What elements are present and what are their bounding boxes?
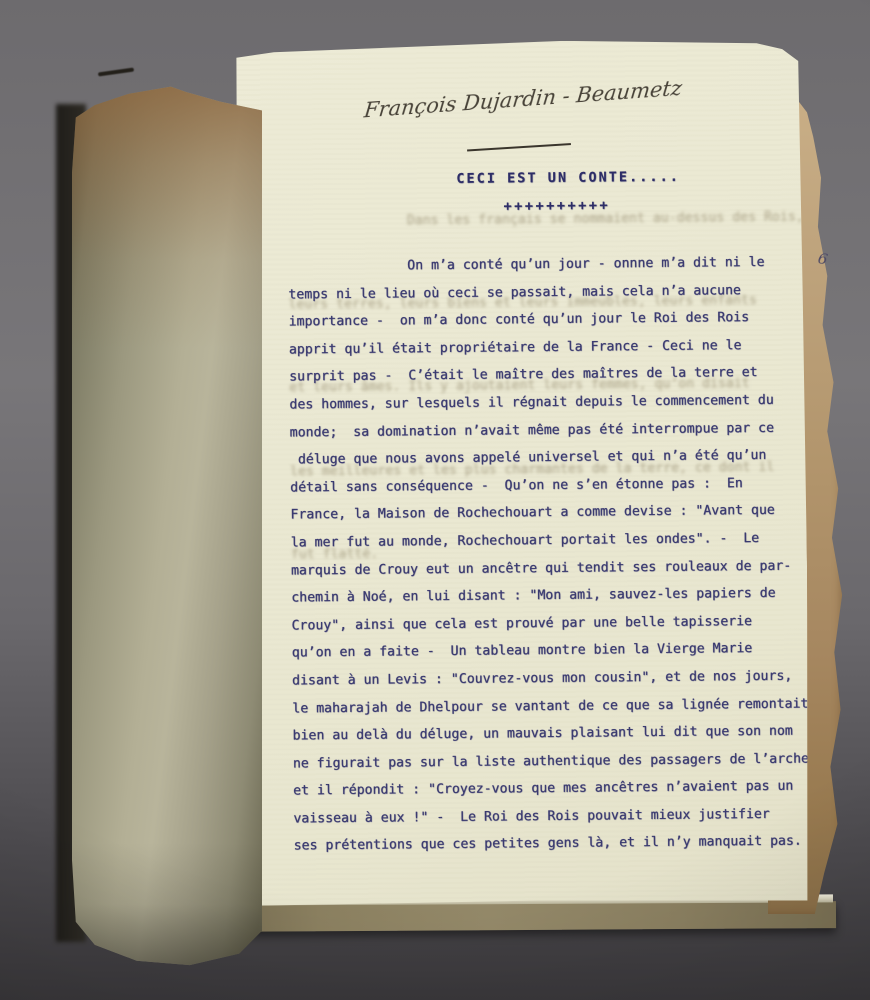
curled-cover-page [72,84,262,966]
typed-line: la mer fut au monde, Rochechouart portai… [291,524,807,557]
handwritten-author-name: François Dujardin - Beaumetz [361,76,675,144]
cover-board-edge [206,901,836,932]
typed-body: On m’a conté qu’un jour - onnne m’a dit … [288,249,810,861]
photo-of-manuscript: { "palette": { "background_gray": "#6d6b… [0,0,870,1000]
typed-line: ses prétentions que ces petites gens là,… [294,828,810,861]
typed-line: On m’a conté qu’un jour - onnne m’a dit … [288,249,804,282]
ornament-row: ++++++++++ [504,198,611,214]
typed-line: des hommes, sur lesquels il régnait depu… [289,387,805,420]
pen-mark [98,68,134,77]
handwritten-margin-mark: 6 [816,249,829,269]
typed-line: disant à un Levis : "Couvrez-vous mon co… [292,662,808,695]
typed-manuscript-page: Dans les français se nommaient au-dessus… [234,39,810,906]
story-title: CECI EST UN CONTE..... [456,170,680,187]
